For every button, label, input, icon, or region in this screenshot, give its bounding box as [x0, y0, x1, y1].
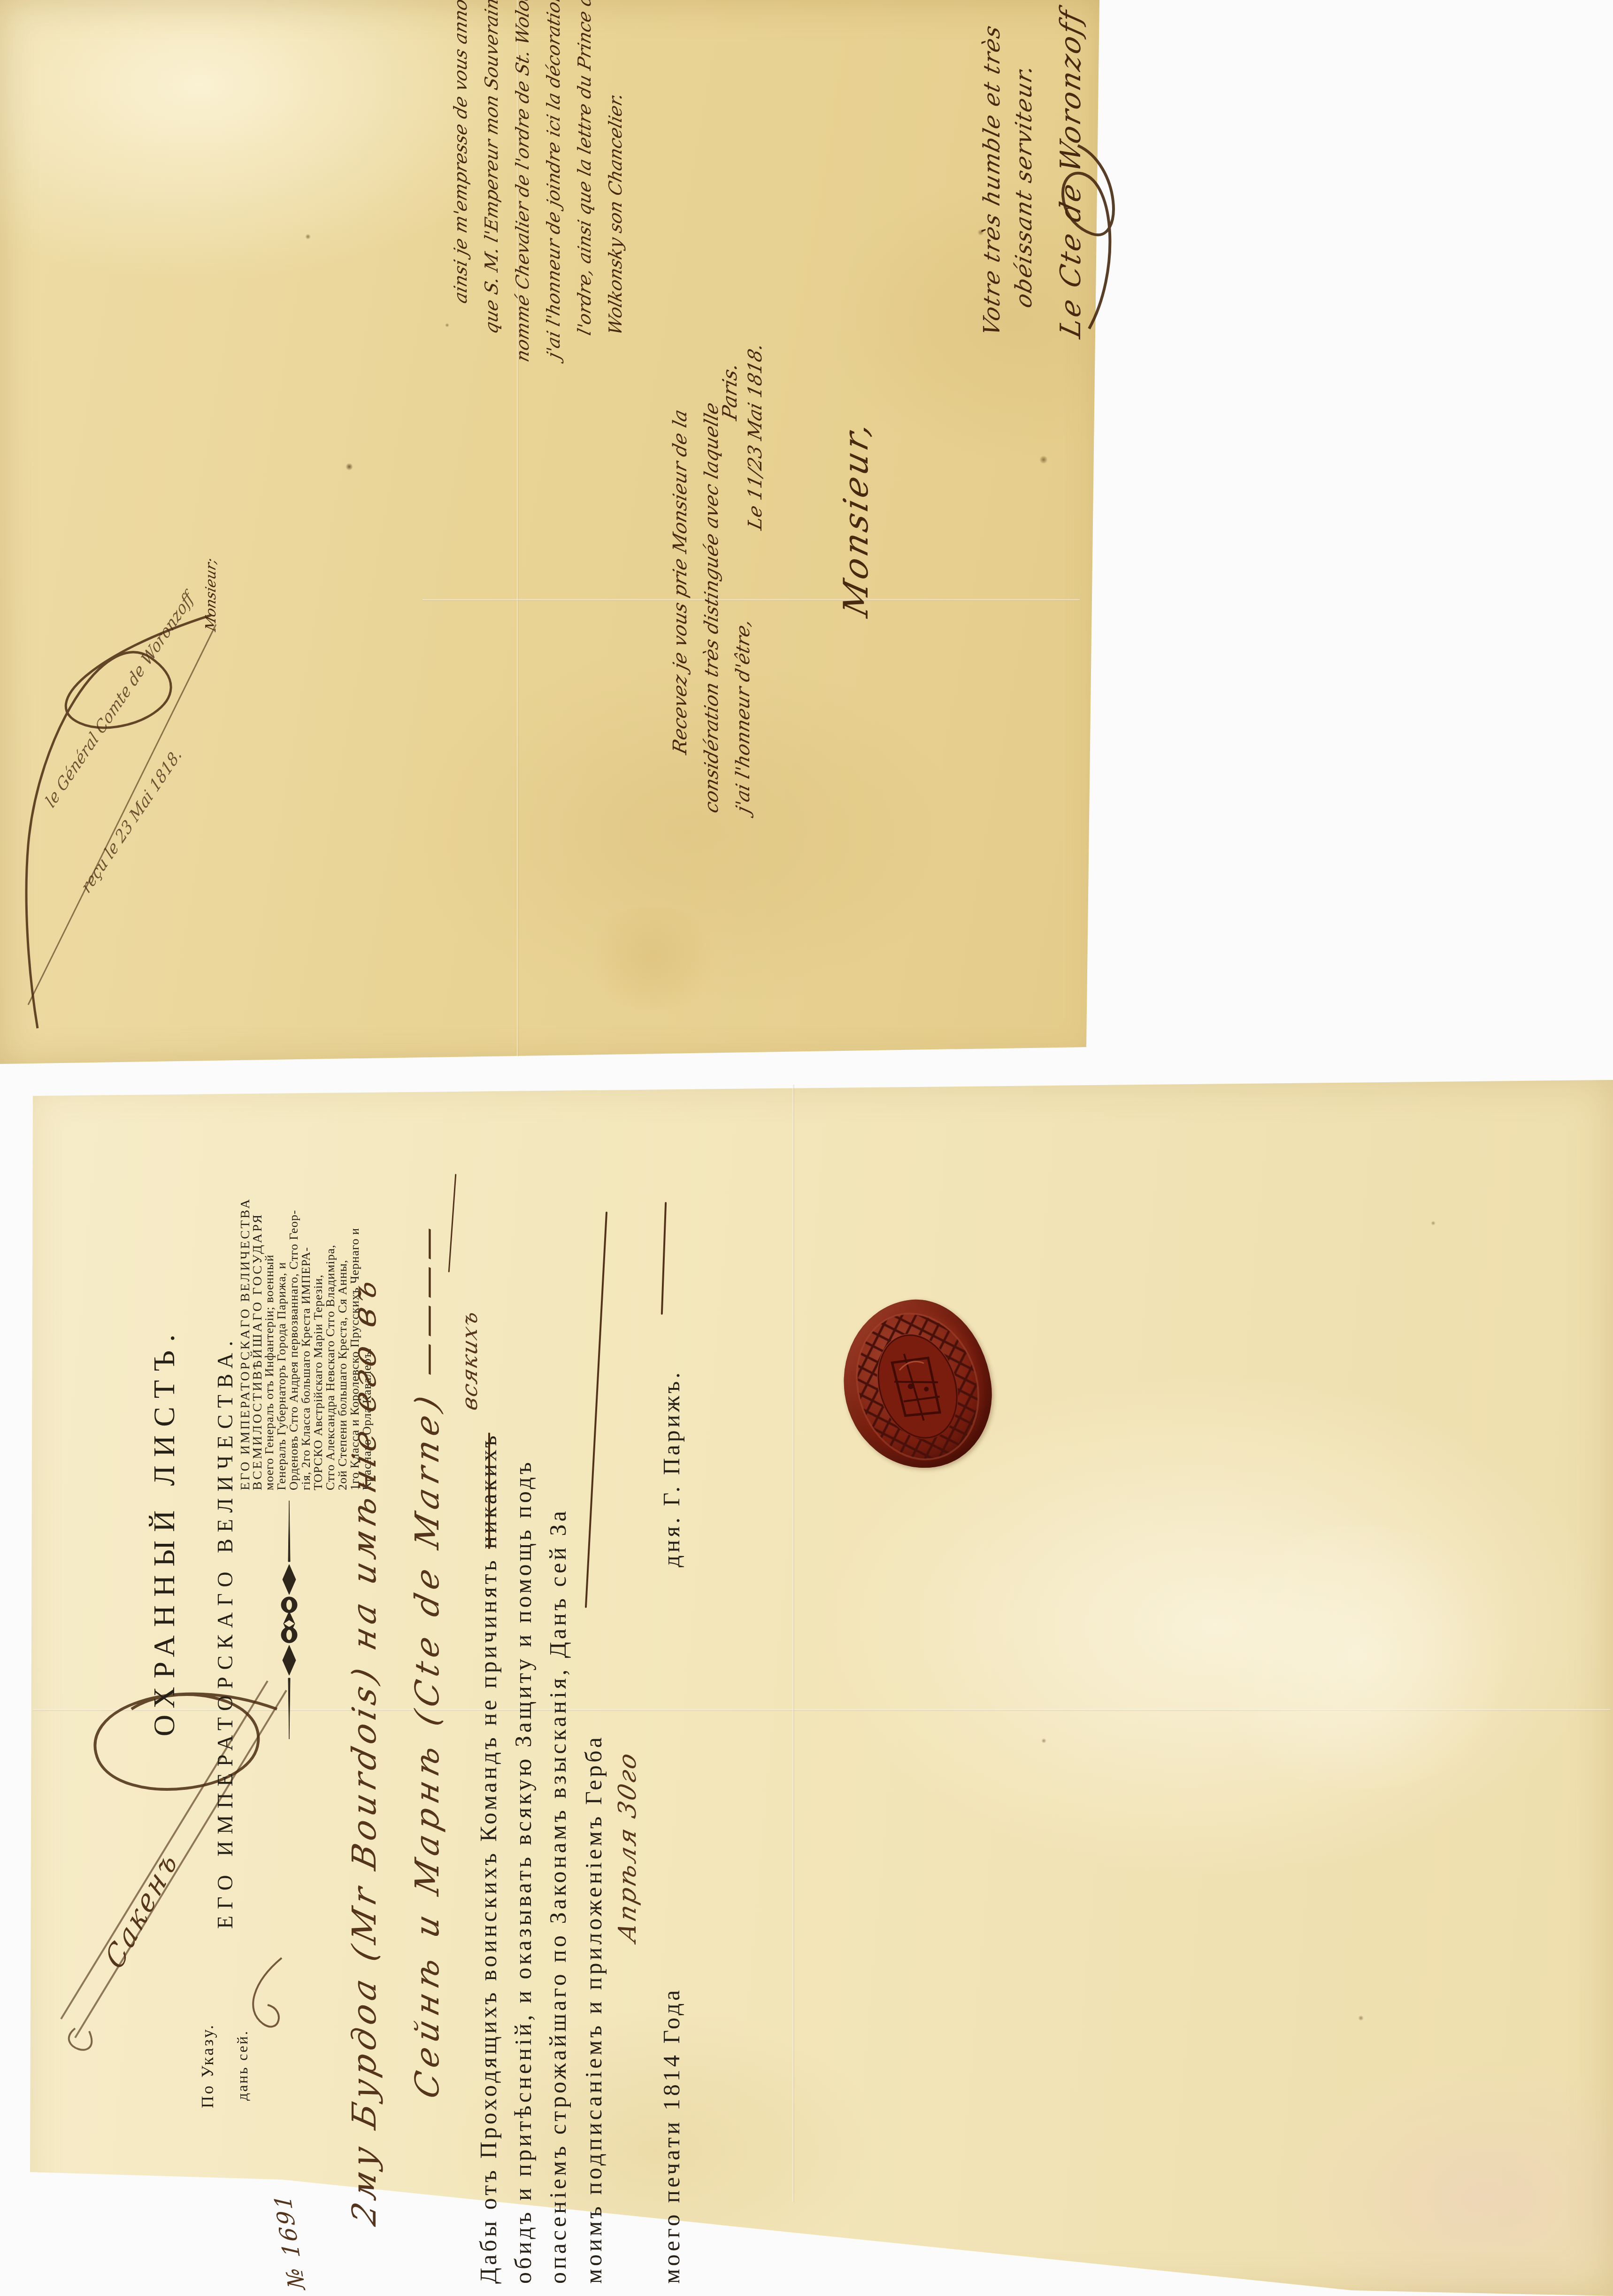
stain [1197, 1526, 1526, 1789]
form-majesty-line: ЕГО ИМПЕРАТОРСКАГО ВЕЛИЧЕСТВА. [214, 1334, 237, 1929]
letter-date: Le 11/23 Mai 1818. [745, 341, 765, 532]
form-authority-line: ТОРСКО Австрійскаго Маріи Терезіи, [312, 1274, 324, 1490]
fox-spot [1431, 1221, 1436, 1225]
form-date-line: дня. Г. Парижъ. [659, 1370, 684, 1567]
letter-body-line: ainsi je m'empresse de vous annoncer [452, 0, 470, 305]
fox-spot [346, 463, 353, 470]
fold-crease [792, 1085, 794, 2202]
form-paragraph-line: моимъ подписаніемъ и приложеніемъ Герба [581, 1734, 606, 2284]
letter-place: Paris. [720, 361, 740, 422]
form-authority-line: гія, 2го Класса большаго Креста ИМПЕРА- [300, 1247, 312, 1490]
letter-closing-line: considération très distinguée avec laque… [702, 401, 722, 815]
form-paragraph-line: обидъ и притѣсненій, и оказывать всякую … [511, 1459, 536, 2284]
letter-valediction-line: obéissant serviteur. [1012, 62, 1036, 310]
wax-seal [833, 1290, 1001, 1478]
form-date-line: моего печати 1814 Года [659, 1988, 684, 2284]
form-paragraph-line: Дабы отъ Проходящихъ воинскихъ Командъ н… [476, 1433, 501, 2284]
letter-closing-line: Recevez je vous prie Monsieur de la [670, 408, 690, 756]
form-recipient-line: 2му Бурдоа (Mr Bourdois) на имѣніе его в… [347, 1271, 382, 2228]
stain [582, 906, 723, 1009]
letter-body-line: que S. M. l'Empereur mon Souverain, vous… [483, 0, 501, 336]
form-hand-date: Апрѣля 30го [615, 1749, 641, 1944]
registry-number: № 1691 [270, 2193, 310, 2290]
form-authority-line: Орденовъ Стго Андрея первозваннаго, Стго… [287, 1210, 300, 1490]
form-by-decree: По Указу. [199, 2023, 217, 2108]
letter-valediction-line: Votre très humble et très [980, 22, 1004, 338]
letter-salutation: Monsieur, [838, 416, 874, 620]
scan-canvas: ainsi je m'empresse de vous annoncerque … [0, 0, 1613, 2296]
fox-spot [1358, 2015, 1364, 2021]
form-paragraph-line: опасеніемъ строжайшаго по Законамъ взыск… [545, 1508, 570, 2284]
form-paragraph-text: Дабы отъ Проходящихъ воинскихъ Командъ н… [475, 1549, 501, 2284]
letter-body-line: Wolkonsky son Chancelier. [607, 91, 625, 337]
form-given-this: дань сей. [235, 2030, 251, 2101]
form-inserted-word: всякихъ [458, 1308, 481, 1412]
letter-side-note: Monsieur; [204, 556, 219, 632]
form-authority-line: моего Генералъ отъ Инфантеріи; военный [263, 1255, 276, 1490]
form-authority-line: Стго Александра Невскаго Стго Владиміра, [324, 1244, 337, 1490]
letter-closing-line: j'ai l'honneur d'être, [733, 617, 753, 815]
letter-body-line: nommé Chevalier de l'ordre de St. Wolodi… [514, 0, 532, 364]
fox-spot [1041, 1738, 1046, 1743]
letter-signature: Le Cte de Woronzoff [1056, 6, 1086, 341]
form-recipient-line: Сейнѣ и Марнѣ (Cte de Marne) ———— [410, 1217, 445, 2102]
form-authority-line: Генералъ Губернаторъ Города Парижа, и [275, 1262, 288, 1490]
wax-seal-emblem [833, 1290, 1001, 1478]
letter-body-line: l'ordre, ainsi que la lettre du Prince d… [576, 0, 594, 337]
fold-crease [422, 599, 1080, 601]
struck-word: никакихъ [475, 1433, 501, 1549]
form-title: ОХРАННЫЙ ЛИСТЪ. [148, 1326, 180, 1736]
fox-spot [1039, 455, 1048, 464]
fox-spot [445, 323, 449, 327]
fox-spot [305, 234, 311, 239]
letter-body-line: j'ai l'honneur de joindre ici la décorat… [545, 0, 563, 361]
